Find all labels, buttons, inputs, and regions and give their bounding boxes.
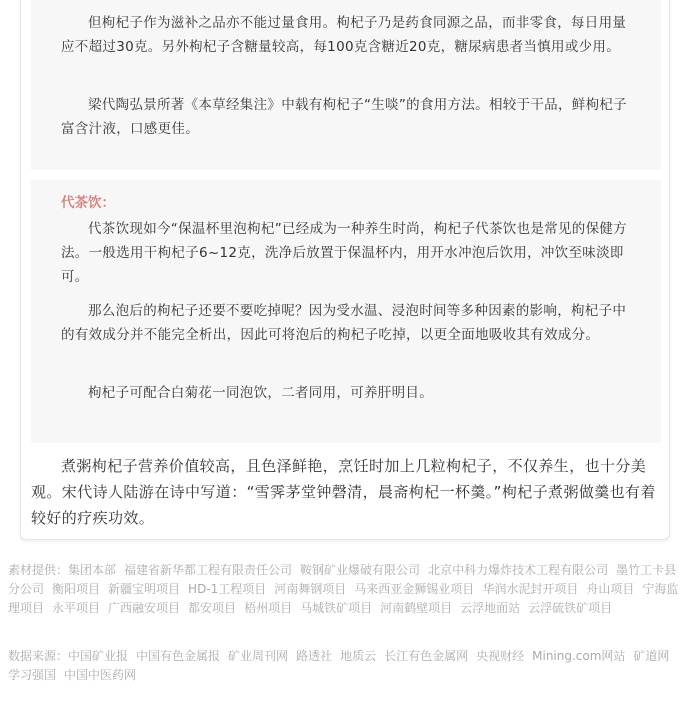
source-item: 矿业周刊网 <box>228 649 288 663</box>
source-item: 矿道网 <box>633 649 669 663</box>
source-item: 学习强国 <box>8 668 56 682</box>
materials-item: 永平项目 <box>52 601 100 615</box>
materials-item: 华润水泥封开项目 <box>482 582 578 596</box>
source-item: 中国中医药网 <box>64 668 136 682</box>
materials-item: 河南鹤壁项目 <box>380 601 452 615</box>
section-heading-tea-drink: 代茶饮： <box>61 194 115 212</box>
paragraph-congee: 煮粥枸杞子营养价值较高，且色泽鲜艳，烹饪时加上几粒枸杞子，不仅养生，也十分美观。… <box>31 453 659 531</box>
paragraph-tea-method: 代茶饮现如今“保温杯里泡枸杞”已经成为一种养生时尚，枸杞子代茶饮也是常见的保健方… <box>61 217 633 289</box>
content-panel-usage-caution: 但枸杞子作为滋补之品亦不能过量食用。枸杞子乃是药食同源之品，而非零食，每日用量应… <box>31 0 661 170</box>
materials-item: 都安项目 <box>188 601 236 615</box>
materials-label: 素材提供： <box>8 563 68 577</box>
content-panel-tea-drink: 代茶饮： 代茶饮现如今“保温杯里泡枸杞”已经成为一种养生时尚，枸杞子代茶饮也是常… <box>31 180 661 443</box>
materials-item: 广西融安项目 <box>108 601 180 615</box>
footer-materials-credits: 素材提供：集团本部福建省新华都工程有限责任公司鞍钢矿业爆破有限公司北京中科力爆炸… <box>8 561 688 618</box>
paragraph-eat-soaked: 那么泡后的枸杞子还要不要吃掉呢？因为受水温、浸泡时间等多种因素的影响，枸杞子中的… <box>61 299 633 347</box>
materials-item: 舟山项目 <box>586 582 634 596</box>
materials-item: HD-1工程项目 <box>188 582 266 596</box>
materials-item: 北京中科力爆炸技术工程有限公司 <box>428 563 608 577</box>
materials-item: 马城铁矿项目 <box>300 601 372 615</box>
source-item: 路透社 <box>296 649 332 663</box>
sources-label: 数据来源： <box>8 649 68 663</box>
source-item: 地质云 <box>340 649 376 663</box>
materials-item: 云浮硫铁矿项目 <box>528 601 612 615</box>
paragraph-raw-eating: 梁代陶弘景所著《本草经集注》中载有枸杞子“生啖”的食用方法。相较于干品，鲜枸杞子… <box>61 93 633 141</box>
article-card: 但枸杞子作为滋补之品亦不能过量食用。枸杞子乃是药食同源之品，而非零食，每日用量应… <box>20 0 670 540</box>
source-item: Mining.com网站 <box>532 649 625 663</box>
paragraph-chrysanthemum: 枸杞子可配合白菊花一同泡饮，二者同用，可养肝明目。 <box>61 381 633 405</box>
materials-item: 衡阳项目 <box>52 582 100 596</box>
materials-item: 新疆宝明项目 <box>108 582 180 596</box>
source-item: 中国矿业报 <box>68 649 128 663</box>
source-item: 长江有色金属网 <box>384 649 468 663</box>
footer-data-sources: 数据来源：中国矿业报中国有色金属报矿业周刊网路透社地质云长江有色金属网央视财经M… <box>8 647 688 685</box>
materials-item: 福建省新华都工程有限责任公司 <box>124 563 292 577</box>
materials-item: 马来西亚金狮锡业项目 <box>354 582 474 596</box>
materials-item: 集团本部 <box>68 563 116 577</box>
source-item: 中国有色金属报 <box>136 649 220 663</box>
materials-item: 河南舞钢项目 <box>274 582 346 596</box>
paragraph-dosage-warning: 但枸杞子作为滋补之品亦不能过量食用。枸杞子乃是药食同源之品，而非零食，每日用量应… <box>61 11 633 59</box>
materials-item: 梧州项目 <box>244 601 292 615</box>
source-item: 央视财经 <box>476 649 524 663</box>
materials-item: 鞍钢矿业爆破有限公司 <box>300 563 420 577</box>
materials-item: 云浮地面站 <box>460 601 520 615</box>
